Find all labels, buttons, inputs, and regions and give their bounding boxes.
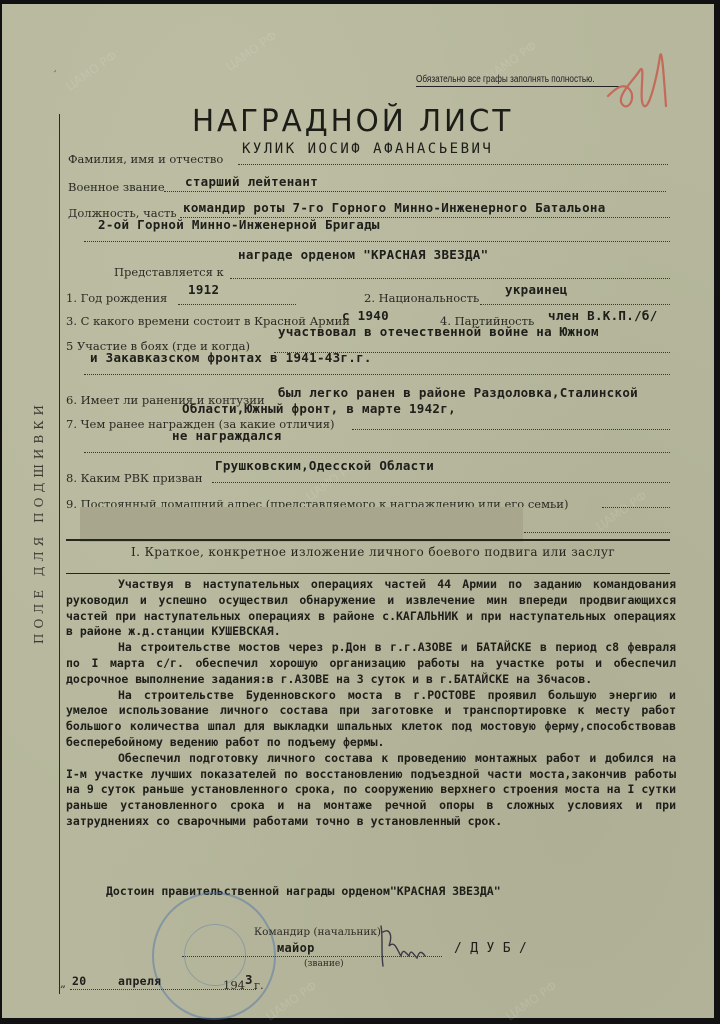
battles-value-line2: и Закавказском фронтах в 1941-43г.г.	[90, 350, 372, 365]
summary-divider	[66, 573, 670, 574]
rvk-label: 8. Каким РВК призван	[66, 471, 203, 485]
watermark: ЦАМО РФ	[593, 488, 649, 533]
nationality-value: украинец	[505, 282, 568, 297]
binding-tick: ′	[54, 70, 56, 81]
birth-year-label: 1. Год рождения	[66, 291, 167, 305]
party-value: член В.К.П./б/	[548, 308, 658, 323]
wounds-value-line1: был легко ранен в районе Раздоловка,Стал…	[278, 385, 638, 400]
section-divider	[66, 539, 670, 541]
nationality-label: 2. Национальность	[364, 291, 479, 305]
wounds-value-line2: Области,Южный фронт, в марте 1942г,	[182, 401, 456, 416]
rank-label: Военное звание	[68, 180, 165, 194]
watermark: ЦАМО РФ	[263, 978, 319, 1023]
summary-paragraph: Обеспечил подготовку личного состава к п…	[66, 751, 676, 830]
birth-year-value: 1912	[188, 282, 219, 297]
summary-paragraph: На строительстве Буденновского моста в г…	[66, 688, 676, 751]
summary-body: Участвуя в наступательных операциях част…	[66, 577, 676, 830]
watermark: ЦАМО РФ	[63, 48, 119, 93]
award-sheet-page: ЦАМО РФ ЦАМО РФ ЦАМО РФ ЦАМО РФ ЦАМО РФ …	[2, 4, 714, 1018]
watermark: ЦАМО РФ	[223, 28, 279, 73]
rvk-line	[212, 482, 670, 483]
binding-margin-line	[59, 114, 60, 994]
position-value-line1: командир роты 7-го Горного Минно-Инженер…	[183, 200, 606, 215]
award-recommendation: Достоин правительственной награды ордено…	[106, 884, 501, 898]
date-year-prefix: 194	[223, 978, 245, 992]
date-year-unit: г.	[254, 978, 264, 992]
summary-paragraph: На строительстве мостов через р.Дон в г.…	[66, 640, 676, 687]
red-pencil-mark-icon	[602, 40, 674, 120]
battles-value-line1: участвовал в отечественной войне на Южно…	[278, 324, 599, 339]
rank-line	[164, 191, 666, 192]
address-line2	[524, 532, 670, 533]
date-day: 20	[72, 974, 86, 988]
binding-margin-label: ПОЛЕ ДЛЯ ПОДШИВКИ	[32, 400, 46, 644]
summary-heading: I. Краткое, конкретное изложение личного…	[131, 545, 615, 559]
rvk-value: Грушковским,Одесской Области	[215, 458, 434, 473]
nominated-value: награде орденом "КРАСНАЯ ЗВЕЗДА"	[238, 247, 488, 262]
battles-line2	[84, 374, 670, 375]
date-open-quote: „	[60, 976, 66, 990]
page-title: НАГРАДНОЙ ЛИСТ	[192, 104, 513, 139]
fill-all-fields-notice: Обязательно все графы заполнять полность…	[416, 74, 623, 87]
rank-caption: (звание)	[304, 959, 344, 969]
full-name-value: КУЛИК ИОСИФ АФАНАСЬЕВИЧ	[242, 141, 493, 157]
commander-rank-value: майор	[277, 941, 315, 955]
summary-paragraph: Участвуя в наступательных операциях част…	[66, 577, 676, 640]
full-name-label: Фамилия, имя и отчество	[68, 152, 223, 166]
nominated-line	[230, 278, 670, 279]
rank-value: старший лейтенант	[185, 174, 318, 189]
nominated-label: Представляется к	[114, 265, 224, 279]
position-value-line2: 2-ой Горной Минно-Инженерной Бригады	[98, 217, 380, 232]
signature-scribble-icon	[377, 922, 429, 970]
prior-awards-line1	[352, 429, 670, 430]
commander-label: Командир (начальник)	[254, 926, 381, 938]
nationality-line	[480, 304, 670, 305]
prior-awards-value: не награждался	[172, 428, 282, 443]
address-line1	[602, 507, 670, 508]
birth-year-line	[178, 304, 296, 305]
date-month: апреля	[118, 974, 161, 988]
date-year-suffix: 3	[245, 972, 253, 987]
commander-name: / Д У Б /	[454, 941, 527, 956]
full-name-line	[238, 164, 668, 165]
position-line2	[84, 241, 670, 242]
prior-awards-line2	[84, 452, 670, 453]
army-since-value: с 1940	[342, 308, 389, 323]
watermark: ЦАМО РФ	[503, 978, 559, 1023]
redacted-address-block	[80, 507, 523, 542]
